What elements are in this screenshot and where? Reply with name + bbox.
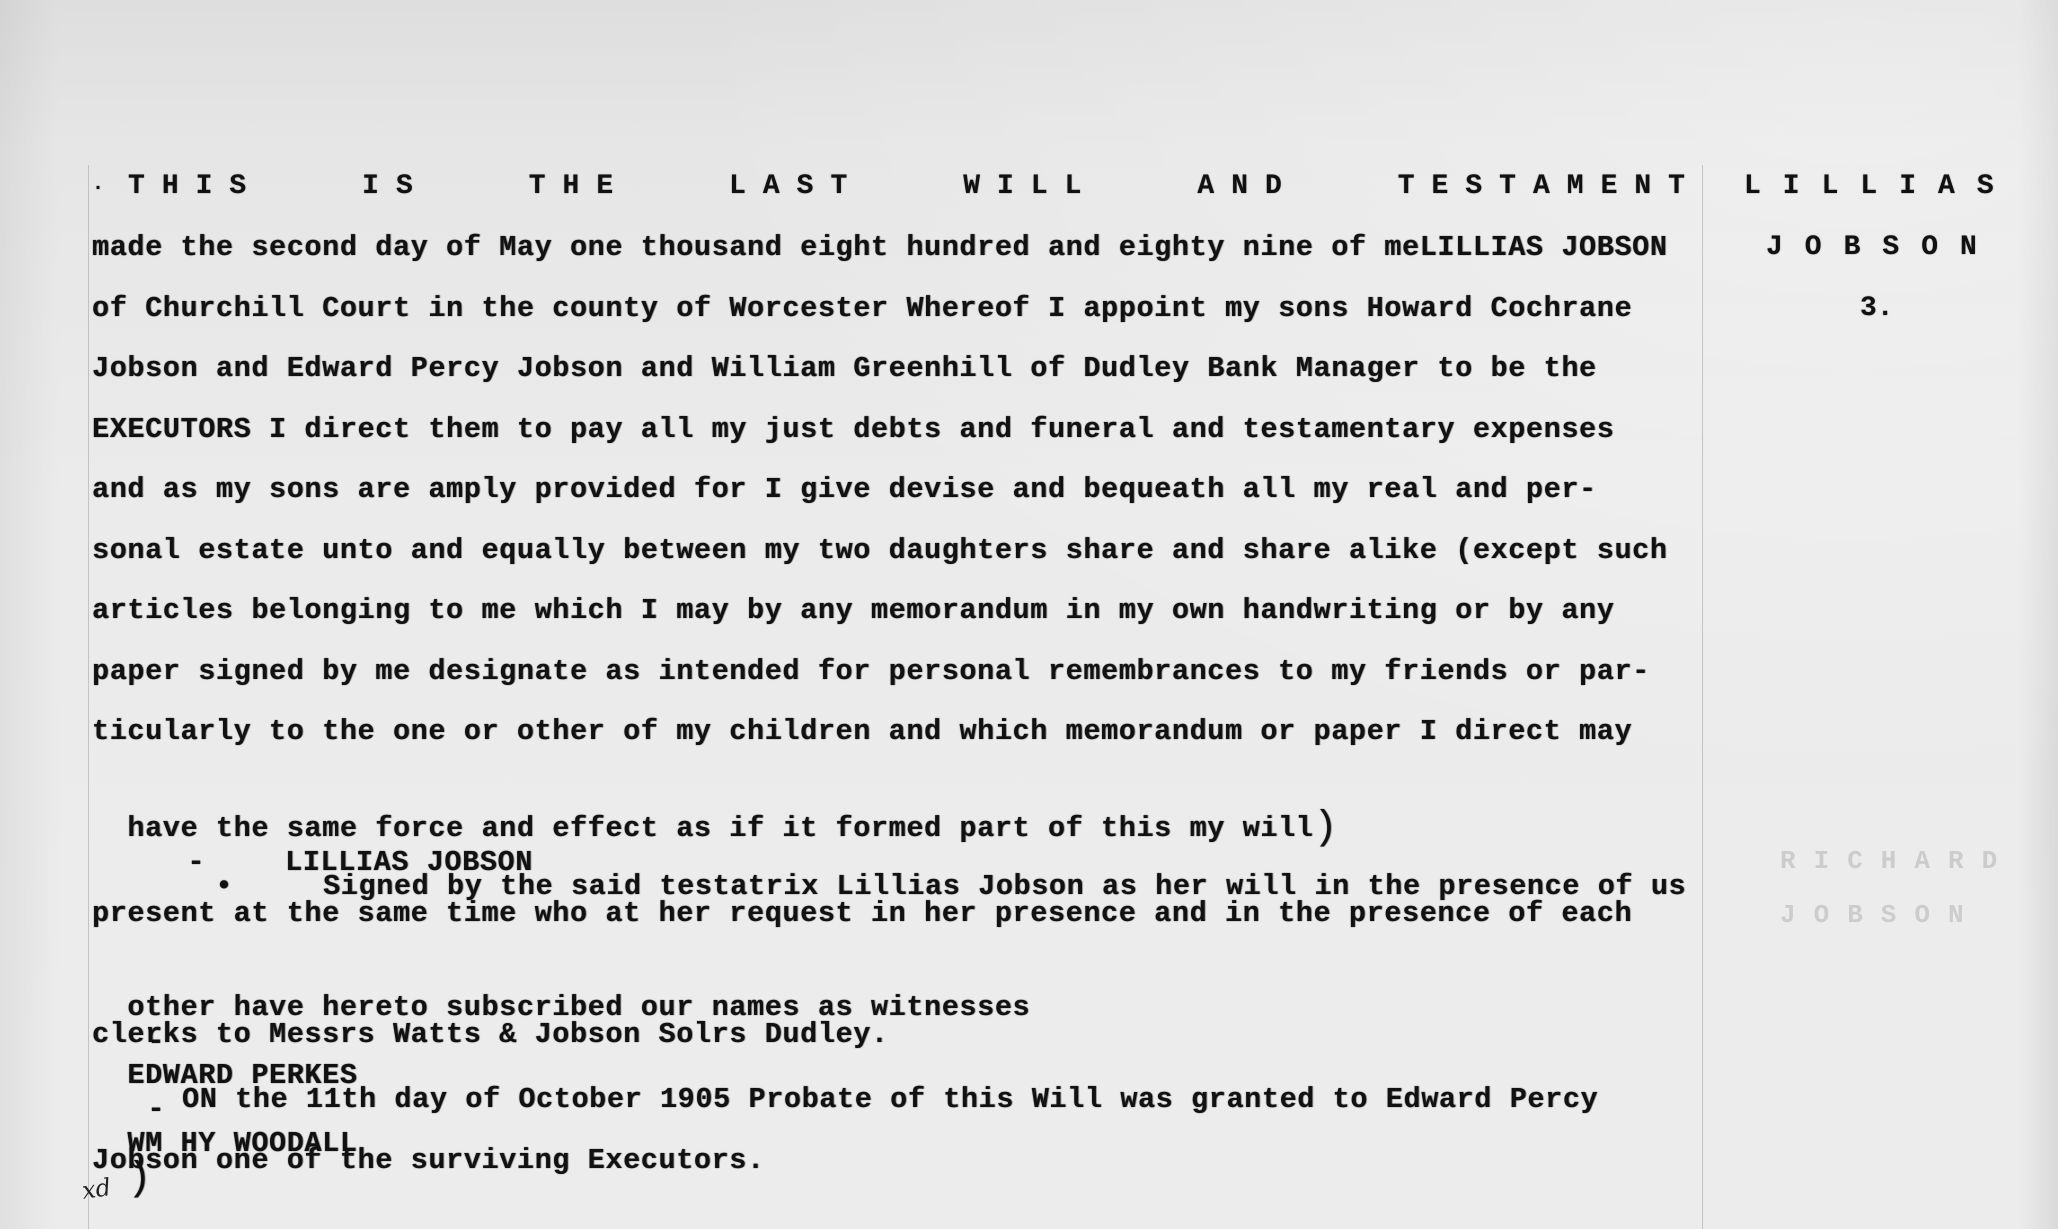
body-line: Jobson and Edward Percy Jobson and Willi… (92, 352, 1597, 386)
right-margin-rule (1702, 165, 1703, 1229)
body-line: of Churchill Court in the county of Worc… (92, 292, 1632, 326)
title-word: AND (1197, 170, 1298, 206)
left-margin-rule (88, 165, 89, 1229)
body-line: made the second day of May one thousand … (92, 231, 1668, 265)
probate-line-2: Jobson one of the surviving Executors. (92, 1144, 765, 1178)
will-title: ·THIS IS THE LAST WILL AND TESTAMENT (92, 170, 1702, 206)
bleed-through-text: JOBSON (1780, 900, 1982, 930)
attestation-line-1: •Signed by the said testatrix Lillias Jo… (180, 836, 1686, 904)
title-word: IS (362, 170, 430, 206)
body-line: articles belonging to me which I may by … (92, 594, 1614, 628)
title-word: THE (529, 170, 630, 206)
body-line: paper signed by me designate as intended… (92, 655, 1650, 689)
margin-name-first: LILLIAS (1744, 170, 2016, 204)
handwritten-annotation: xd (80, 1173, 113, 1205)
attestation-line-2: present at the same time who at her requ… (92, 897, 1632, 931)
title-word: TESTAMENT (1398, 170, 1702, 206)
folio-number: 3. (1860, 292, 1894, 326)
title-word: LAST (729, 170, 864, 206)
body-line: EXECUTORS I direct them to pay all my ju… (92, 413, 1614, 447)
bleed-through-text: RICHARD (1780, 846, 2015, 876)
dash: - (147, 1093, 165, 1126)
body-line: and as my sons are amply provided for I … (92, 473, 1597, 507)
body-line: sonal estate unto and equally between my… (92, 534, 1668, 568)
probate-line-1: ON the 11th day of October 1905 Probate … (182, 1083, 1598, 1117)
title-word: ·THIS (92, 170, 263, 206)
margin-name-last: JOBSON (1766, 231, 1999, 265)
title-word: WILL (963, 170, 1098, 206)
attestation-line-4: clerks to Messrs Watts & Jobson Solrs Du… (92, 1018, 889, 1052)
body-line: ticularly to the one or other of my chil… (92, 715, 1632, 749)
